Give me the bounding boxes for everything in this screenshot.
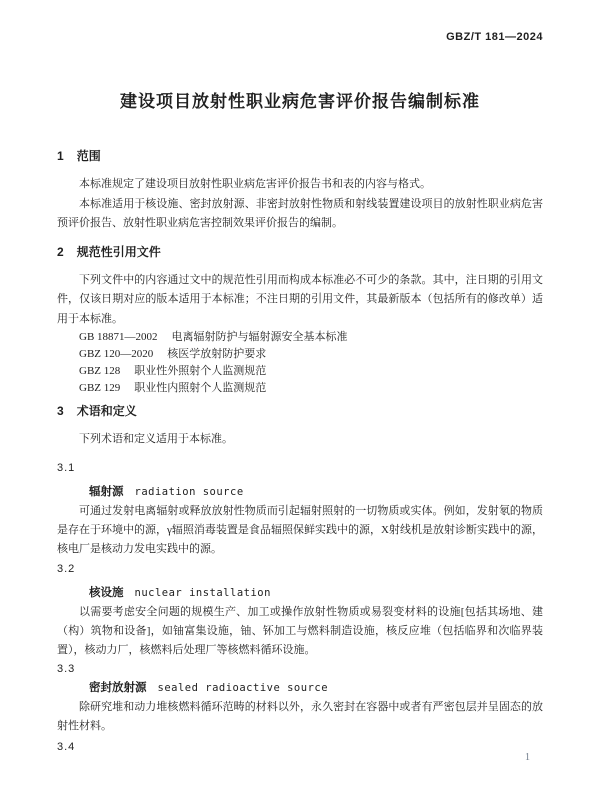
- page-number: 1: [525, 752, 530, 764]
- section-title: 术语和定义: [77, 404, 137, 418]
- term-definition: 以需要考虑安全问题的规模生产、加工或操作放射性物质或易裂变材料的设施[包括其场地…: [57, 603, 543, 660]
- reference-code: GB 18871—2002: [79, 331, 158, 343]
- clause-number-3-4: 3.4: [57, 740, 543, 755]
- section-title: 规范性引用文件: [77, 245, 161, 259]
- section-number: 1: [57, 149, 64, 163]
- standard-code: GBZ/T 181—2024: [57, 30, 543, 44]
- reference-title: 电离辐射防护与辐射源安全基本标准: [172, 331, 348, 343]
- terms-intro: 下列术语和定义适用于本标准。: [57, 430, 543, 450]
- standard-document-page: GBZ/T 181—2024 建设项目放射性职业病危害评价报告编制标准 1范围 …: [0, 0, 600, 808]
- reference-title: 核医学放射防护要求: [167, 348, 266, 360]
- section-heading-normative-references: 2规范性引用文件: [57, 245, 543, 260]
- term-heading-nuclear-installation: 核设施nuclear installation: [57, 584, 543, 601]
- term-en: sealed radioactive source: [158, 682, 329, 694]
- term-heading-sealed-radioactive-source: 密封放射源sealed radioactive source: [57, 679, 543, 696]
- section-number: 3: [57, 404, 64, 418]
- clause-number-3-2: 3.2: [57, 562, 543, 577]
- document-title: 建设项目放射性职业病危害评价报告编制标准: [57, 90, 543, 113]
- section-heading-scope: 1范围: [57, 149, 543, 164]
- reference-item: GBZ 128职业性外照射个人监测规范: [57, 363, 543, 380]
- reference-item: GB 18871—2002电离辐射防护与辐射源安全基本标准: [57, 329, 543, 346]
- reference-code: GBZ 120—2020: [79, 348, 153, 360]
- term-en: nuclear installation: [135, 587, 271, 599]
- reference-code: GBZ 128: [79, 365, 120, 377]
- reference-item: GBZ 120—2020核医学放射防护要求: [57, 346, 543, 363]
- reference-list: GB 18871—2002电离辐射防护与辐射源安全基本标准 GBZ 120—20…: [57, 329, 543, 397]
- normative-references-intro: 下列文件中的内容通过文中的规范性引用而构成本标准必不可少的条款。其中，注日期的引…: [57, 271, 543, 330]
- term-zh: 核设施: [89, 587, 124, 599]
- section-number: 2: [57, 245, 64, 259]
- reference-item: GBZ 129职业性内照射个人监测规范: [57, 380, 543, 397]
- term-definition: 可通过发射电离辐射或释放放射性物质而引起辐射照射的一切物质或实体。例如，发射氡的…: [57, 502, 543, 559]
- scope-paragraph-1: 本标准规定了建设项目放射性职业病危害评价报告书和表的内容与格式。: [57, 175, 543, 195]
- term-zh: 辐射源: [89, 486, 124, 498]
- reference-title: 职业性外照射个人监测规范: [134, 365, 266, 377]
- reference-code: GBZ 129: [79, 382, 120, 394]
- clause-number-3-1: 3.1: [57, 461, 543, 476]
- term-en: radiation source: [135, 486, 244, 498]
- section-title: 范围: [77, 149, 101, 163]
- term-heading-radiation-source: 辐射源radiation source: [57, 483, 543, 500]
- scope-paragraph-2: 本标准适用于核设施、密封放射源、非密封放射性物质和射线装置建设项目的放射性职业病…: [57, 195, 543, 234]
- term-definition: 除研究堆和动力堆核燃料循环范畴的材料以外，永久密封在容器中或者有严密包层并呈固态…: [57, 698, 543, 736]
- section-heading-terms-definitions: 3术语和定义: [57, 404, 543, 419]
- term-zh: 密封放射源: [89, 682, 147, 694]
- clause-number-3-3: 3.3: [57, 662, 543, 677]
- reference-title: 职业性内照射个人监测规范: [134, 382, 266, 394]
